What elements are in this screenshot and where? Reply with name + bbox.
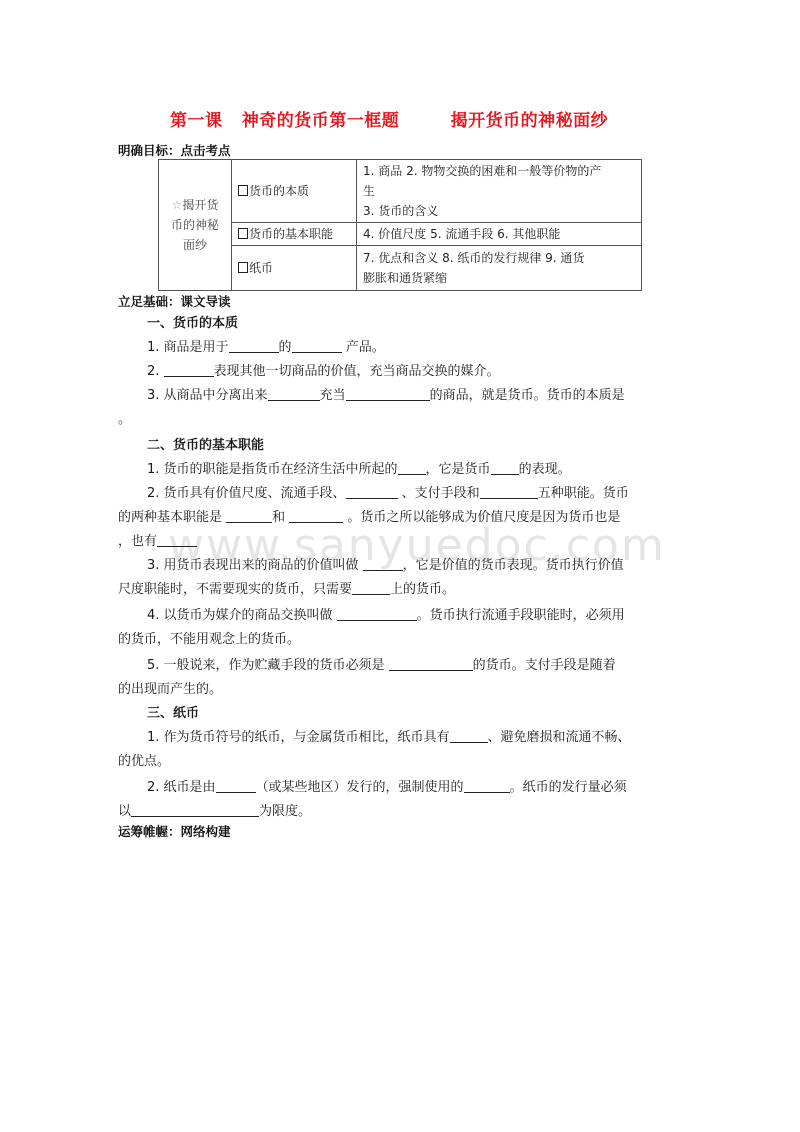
part2-q2-cont: 的两种基本职能是 和 。货币之所以能够成为价值尺度是因为货币也是 <box>118 506 620 525</box>
answer-blank <box>389 657 473 671</box>
lesson-title: 第一课 神奇的货币第一框题 揭开货币的神秘面纱 <box>170 106 608 131</box>
answer-blank <box>337 607 417 621</box>
answer-blank <box>164 363 214 377</box>
answer-blank <box>226 509 272 523</box>
part3-heading: 三、纸币 <box>147 702 199 721</box>
key-points-table: ☆揭开货 币的神秘 面纱 货币的本质 1. 商品 2. 物物交换的困难和一般等价… <box>158 159 642 291</box>
points-cell: 4. 价值尺度 5. 流通手段 6. 其他职能 <box>357 223 642 246</box>
answer-blank <box>292 339 342 353</box>
part2-q2-end: ，也有 <box>118 530 197 549</box>
answer-blank <box>398 461 426 475</box>
answer-blank <box>450 729 488 743</box>
part2-q5: 5. 一般说来，作为贮藏手段的货币必须是 的货币。支付手段是随着 <box>147 654 616 673</box>
part2-heading: 二、货币的基本职能 <box>147 434 264 453</box>
part1-q1: 1. 商品是用于的 产品。 <box>147 336 385 355</box>
part3-q1-cont: 的优点。 <box>118 750 170 769</box>
part2-q3-cont: 尺度职能时，不需要现实的货币，只需要上的货币。 <box>118 578 455 597</box>
checkbox-icon <box>238 228 248 239</box>
part2-q1: 1. 货币的职能是指货币在经济生活中所起的，它是货币的表现。 <box>147 458 571 477</box>
part1-q2: 2. 表现其他一切商品的价值，充当商品交换的媒介。 <box>147 360 500 379</box>
part2-q4: 4. 以货币为媒介的商品交换叫做 。货币执行流通手段职能时，必须用 <box>147 604 625 623</box>
answer-blank <box>346 387 430 401</box>
answer-blank <box>229 339 279 353</box>
answer-blank <box>346 485 398 499</box>
star-icon: ☆ <box>172 198 183 212</box>
checkbox-icon <box>238 262 248 273</box>
part3-q2: 2. 纸币是由（或某些地区）发行的，强制使用的。纸币的发行量必须 <box>147 776 627 795</box>
answer-blank <box>480 485 538 499</box>
answer-blank <box>268 387 320 401</box>
part1-heading: 一、货币的本质 <box>147 312 238 331</box>
part2-q2: 2. 货币具有价值尺度、流通手段、 、支付手段和五种职能。货币 <box>147 482 629 501</box>
subtopic-cell: 货币的本质 <box>232 160 357 223</box>
points-cell: 7. 优点和含义 8. 纸币的发行规律 9. 通货 膨胀和通货紧缩 <box>357 246 642 291</box>
answer-blank <box>491 461 519 475</box>
table-row: 纸币 7. 优点和含义 8. 纸币的发行规律 9. 通货 膨胀和通货紧缩 <box>159 246 642 291</box>
section-network-label: 运筹帷幄：网络构建 <box>118 822 231 840</box>
table-row: 货币的基本职能 4. 价值尺度 5. 流通手段 6. 其他职能 <box>159 223 642 246</box>
answer-blank <box>363 557 403 571</box>
part2-q3: 3. 用货币表现出来的商品的价值叫做 ，它是价值的货币表现。货币执行价值 <box>147 554 624 573</box>
part2-q4-cont: 的货币，不能用观念上的货币。 <box>118 628 300 647</box>
subtopic-cell: 货币的基本职能 <box>232 223 357 246</box>
answer-blank <box>464 779 510 793</box>
checkbox-icon <box>238 185 248 196</box>
answer-blank <box>289 509 343 523</box>
subtopic-cell: 纸币 <box>232 246 357 291</box>
points-cell: 1. 商品 2. 物物交换的困难和一般等价物的产 生 3. 货币的含义 <box>357 160 642 223</box>
section-basics-label: 立足基础：课文导读 <box>118 292 231 310</box>
answer-blank <box>216 779 256 793</box>
part2-q5-cont: 的出现而产生的。 <box>118 678 222 697</box>
part1-q3-end: 。 <box>118 408 131 427</box>
answer-blank <box>157 533 197 547</box>
section-goals-label: 明确目标：点击考点 <box>118 141 231 159</box>
topic-cell: ☆揭开货 币的神秘 面纱 <box>159 160 232 291</box>
part1-q3: 3. 从商品中分离出来充当的商品，就是货币。货币的本质是 <box>147 384 625 403</box>
answer-blank <box>131 803 259 817</box>
table-row: ☆揭开货 币的神秘 面纱 货币的本质 1. 商品 2. 物物交换的困难和一般等价… <box>159 160 642 223</box>
answer-blank <box>352 581 390 595</box>
part3-q1: 1. 作为货币符号的纸币，与金属货币相比，纸币具有、避免磨损和流通不畅、 <box>147 726 631 745</box>
document-page: 第一课 神奇的货币第一框题 揭开货币的神秘面纱 明确目标：点击考点 ☆揭开货 币… <box>0 0 800 1132</box>
part3-q2-cont: 以为限度。 <box>118 800 311 819</box>
